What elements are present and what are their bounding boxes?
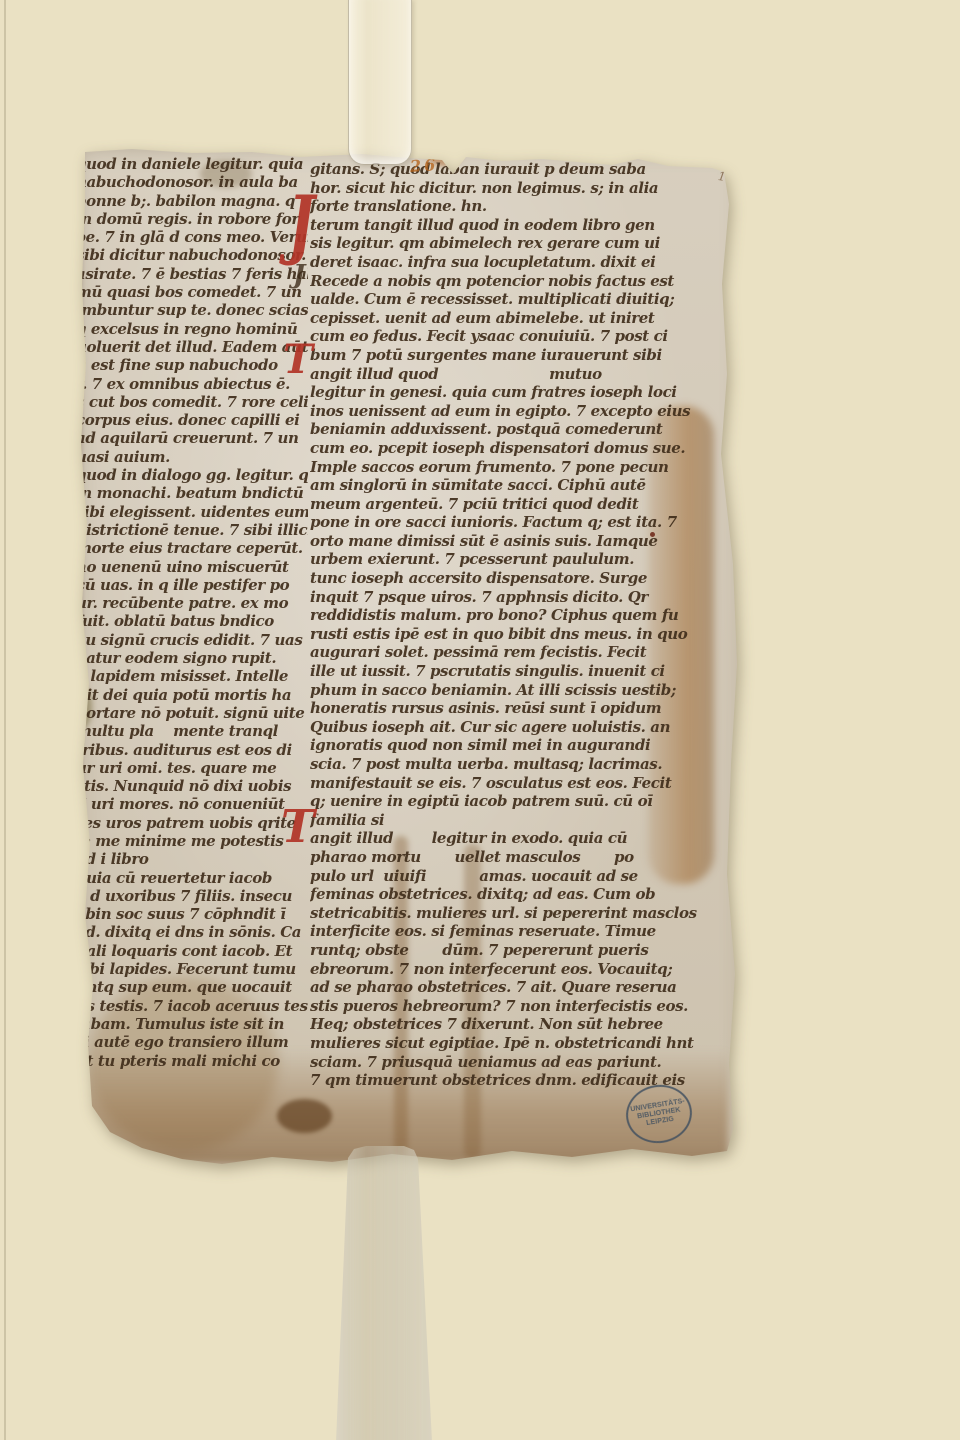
- manuscript-text-line: q est fine sup nabuchodo: [76, 356, 308, 374]
- manuscript-text-line: stis pueros hebreorum? 7 non interfecist…: [310, 997, 738, 1016]
- manuscript-text-line: familia si: [310, 811, 738, 830]
- rubric-initial-tangit-1: T: [283, 340, 313, 380]
- manuscript-text-line: 7 uri mores. nō conueniūt: [76, 795, 308, 813]
- manuscript-text-line: rusti estis ipē est in quo bibit dns meu…: [310, 625, 738, 644]
- manuscript-text-line: mulieres sicut egiptiae. Ipē n. obstetri…: [310, 1034, 738, 1053]
- manuscript-text-line: cū uas. in q ille pestifer po: [76, 576, 308, 594]
- manuscript-text-line: nabuchodonosor. in aula ba: [76, 173, 308, 191]
- manuscript-text-line: beniamin adduxissent. postquā comederunt: [310, 420, 738, 439]
- manuscript-text-line: runtq; obste dūm. 7 pepererunt pueris: [310, 941, 738, 960]
- top-holding-clip: [348, 0, 412, 165]
- manuscript-text-line: quia cū reuertetur iacob: [76, 869, 308, 887]
- manuscript-text-line: ad aquilarū creuerunt. 7 un: [76, 429, 308, 447]
- manuscript-text-line: tunc ioseph accersito dispensatore. Surg…: [310, 569, 738, 588]
- manuscript-text-line: deret isaac. infra sua locupletatum. dix…: [310, 253, 738, 272]
- manuscript-text-line: reddidistis malum. pro bono? Ciphus quem…: [310, 606, 738, 625]
- manuscript-text-line: corpus eius. donec capilli ei: [76, 411, 308, 429]
- manuscript-text-line: fribus. auditurus est eos di: [76, 741, 308, 759]
- manuscript-text-line: abin soc suus 7 cōphndit ī: [76, 905, 308, 923]
- manuscript-text-line: ille ut iussit. 7 pscrutatis singulis. i…: [310, 662, 738, 681]
- manuscript-text-line: nali loquaris cont iacob. Et: [76, 942, 308, 960]
- manuscript-text-line: au signū crucis edidit. 7 uas: [76, 631, 308, 649]
- manuscript-page-wrapper: quod in daniele legitur. quia ēnabuchodo…: [72, 144, 748, 1176]
- manuscript-text-line: manifestauit se eis. 7 osculatus est eos…: [310, 774, 738, 793]
- rubric-initial-tangit-2: T: [281, 804, 315, 849]
- manuscript-text-line: uasi auium.: [76, 448, 308, 466]
- manuscript-text-line: untq sup eum. que uocauit: [76, 978, 308, 996]
- manuscript-text-line: res uros patrem uobis qrite: [76, 814, 308, 832]
- manuscript-text-line: angit illud legitur in exodo. quia cū: [310, 829, 738, 848]
- manuscript-text-line: sibi elegissent. uidentes eum te: [76, 503, 308, 521]
- rubric-initial-iterum: J: [288, 186, 315, 262]
- manuscript-text-line: pharao mortu uellet masculos po: [310, 848, 738, 867]
- manuscript-text-line: mū quasi bos comedet. 7 un: [76, 283, 308, 301]
- manuscript-text-line: uit dei quia potū mortis ha: [76, 686, 308, 704]
- manuscript-text-line: inos uenissent ad eum in egipto. 7 excep…: [310, 402, 738, 421]
- stain-bottom-blotch: [277, 1099, 332, 1133]
- manuscript-text-line: oe. 7 in glā d cons meo. Verum: [76, 228, 308, 246]
- manuscript-text-line: o lapidem misisset. Intelle: [76, 667, 308, 685]
- manuscript-text-line: Imple saccos eorum frumento. 7 pone pecu…: [310, 458, 738, 477]
- manuscript-text-line: asirate. 7 ē bestias 7 feris habi: [76, 265, 308, 283]
- right-text-column: gitans. S; quod laban iurauit p deum sab…: [310, 160, 738, 1090]
- manuscript-text-line: si autē ego transiero illum: [76, 1033, 308, 1051]
- margin-letter: J: [293, 260, 305, 290]
- manuscript-text-line: meum argenteū. 7 pciū tritici quod dedit: [310, 495, 738, 514]
- manuscript-text-line: augurari solet. pessimā rem fecistis. Fe…: [310, 643, 738, 662]
- manuscript-text-line: feminas obstetrices. dixitq; ad eas. Cum…: [310, 885, 738, 904]
- manuscript-text-line: forte translatione. hn.: [310, 197, 738, 216]
- manuscript-text-line: morte eius tractare ceperūt.: [76, 539, 308, 557]
- bottom-holding-clip: [330, 1146, 436, 1440]
- ink-dot: [650, 532, 655, 537]
- manuscript-text-line: in domū regis. in robore for: [76, 210, 308, 228]
- page-left-edge-shading: [72, 144, 82, 1176]
- manuscript-text-line: ignoratis quod non simil mei in augurand…: [310, 736, 738, 755]
- manuscript-text-line: interficite eos. si feminas reseruate. T…: [310, 922, 738, 941]
- manuscript-text-line: scia. 7 post multa uerba. multasq; lacri…: [310, 755, 738, 774]
- background-sheet-edge: [4, 0, 6, 1440]
- manuscript-text-line: ad. dixitq ei dns in sōnis. Ca: [76, 923, 308, 941]
- manuscript-text-line: ad se pharao obstetrices. 7 ait. Quare r…: [310, 978, 738, 997]
- manuscript-text-line: ie me minime me potestis: [76, 832, 308, 850]
- manuscript-text-line: stis. Nunquid nō dixi uobis: [76, 777, 308, 795]
- manuscript-text-line: Quibus ioseph ait. Cur sic agere uoluist…: [310, 718, 738, 737]
- manuscript-text-line: labam. Tumulus iste sit in: [76, 1015, 308, 1033]
- manuscript-text-line: phum in sacco beniamin. At illi scissis …: [310, 681, 738, 700]
- manuscript-text-line: a d uxoribus 7 filiis. insecu: [76, 887, 308, 905]
- folio-number: 26: [409, 155, 439, 176]
- manuscript-text-line: hor. sicut hic dicitur. non legimus. s; …: [310, 179, 738, 198]
- manuscript-text-line: us testis. 7 iacob aceruus testa: [76, 997, 308, 1015]
- manuscript-text-line: fuit. oblatū batus bndico: [76, 612, 308, 630]
- manuscript-text-line: ebreorum. 7 non interfecerunt eos. Vocau…: [310, 960, 738, 979]
- manuscript-text-line: am singlorū in sūmitate sacci. Ciphū aut…: [310, 476, 738, 495]
- manuscript-text-line: od i libro: [76, 850, 308, 868]
- photo-backdrop: { "colors": { "backdrop": "#eae1c3", "pa…: [0, 0, 960, 1440]
- manuscript-text-line: pone in ore sacci iunioris. Factum q; es…: [310, 513, 738, 532]
- manuscript-text-line: sibi lapides. Fecerunt tumu: [76, 960, 308, 978]
- manuscript-text-line: sciam. 7 priusquā ueniamus ad eas pariun…: [310, 1053, 738, 1072]
- manuscript-text-line: portare nō potuit. signū uite: [76, 704, 308, 722]
- manuscript-text-line: terum tangit illud quod in eodem libro g…: [310, 216, 738, 235]
- manuscript-text-line: batur eodem signo rupit.: [76, 649, 308, 667]
- manuscript-text-line: Heq; obstetrices 7 dixerunt. Non sūt heb…: [310, 1015, 738, 1034]
- manuscript-text-line: ualde. Cum ē recessisset. multiplicati d…: [310, 290, 738, 309]
- manuscript-text-line: quod in dialogo gg. legitur. q: [76, 466, 308, 484]
- manuscript-text-line: sis legitur. qm abimelech rex gerare cum…: [310, 234, 738, 253]
- manuscript-text-line: bum 7 potū surgentes mane iurauerunt sib…: [310, 346, 738, 365]
- left-text-column: quod in daniele legitur. quia ēnabuchodo…: [76, 155, 308, 1070]
- manuscript-text-line: stetricabitis. mulieres url. si pepereri…: [310, 904, 738, 923]
- manuscript-text-line: imbuntur sup te. donec scias: [76, 301, 308, 319]
- manuscript-text-line: sibi dicitur nabuchodonosor.: [76, 246, 308, 264]
- manuscript-text-line: districtionē tenue. 7 sibi illicita: [76, 521, 308, 539]
- manuscript-text-line: pulo url uiuifi amas. uocauit ad se: [310, 867, 738, 886]
- manuscript-text-line: in monachi. beatum bndictū: [76, 484, 308, 502]
- manuscript-text-line: cum eo. pcepit ioseph dispensatori domus…: [310, 439, 738, 458]
- manuscript-text-line: angit illud quod mutuo: [310, 365, 738, 384]
- manuscript-text-line: multu pla mente tranql: [76, 722, 308, 740]
- manuscript-text-line: ur. recūbente patre. ex mo: [76, 594, 308, 612]
- manuscript-text-line: s cut bos comedit. 7 rore celi: [76, 393, 308, 411]
- manuscript-text-line: uoluerit det illud. Eadem aūt: [76, 338, 308, 356]
- manuscript-text-line: quod in daniele legitur. quia ē: [76, 155, 308, 173]
- manuscript-text-line: honeratis rursus asinis. reūsi sunt ī op…: [310, 699, 738, 718]
- manuscript-text-line: orto mane dimissi sūt ē asinis suis. Iam…: [310, 532, 738, 551]
- manuscript-text-line: cepisset. uenit ad eum abimelebe. ut ini…: [310, 309, 738, 328]
- manuscript-page: quod in daniele legitur. quia ēnabuchodo…: [72, 144, 748, 1176]
- manuscript-text-line: ur uri omi. tes. quare me: [76, 759, 308, 777]
- manuscript-text-line: inquit 7 psque uiros. 7 apphnsis dicito.…: [310, 588, 738, 607]
- corner-annotation: 17: [717, 169, 734, 185]
- manuscript-text-line: bonne b;. babilon magna. q: [76, 192, 308, 210]
- manuscript-text-line: legitur in genesi. quia cum fratres iose…: [310, 383, 738, 402]
- manuscript-text-line: cum eo fedus. Fecit ysaac conuiuiū. 7 po…: [310, 327, 738, 346]
- manuscript-text-line: ho uenenū uino miscuerūt: [76, 558, 308, 576]
- manuscript-text-line: Recede a nobis qm potencior nobis factus…: [310, 272, 738, 291]
- manuscript-text-line: q excelsus in regno hominū: [76, 320, 308, 338]
- manuscript-text-line: r. 7 ex omnibus abiectus ē.: [76, 375, 308, 393]
- manuscript-text-line: ut tu pteris mali michi co: [76, 1052, 308, 1070]
- library-stamp: UNIVERSITÄTS- BIBLIOTHEK LEIPZIG: [622, 1080, 696, 1148]
- manuscript-text-line: q; uenire in egiptū iacob patrem suū. cū…: [310, 792, 738, 811]
- manuscript-text-line: urbem exierunt. 7 pcesserunt paululum.: [310, 550, 738, 569]
